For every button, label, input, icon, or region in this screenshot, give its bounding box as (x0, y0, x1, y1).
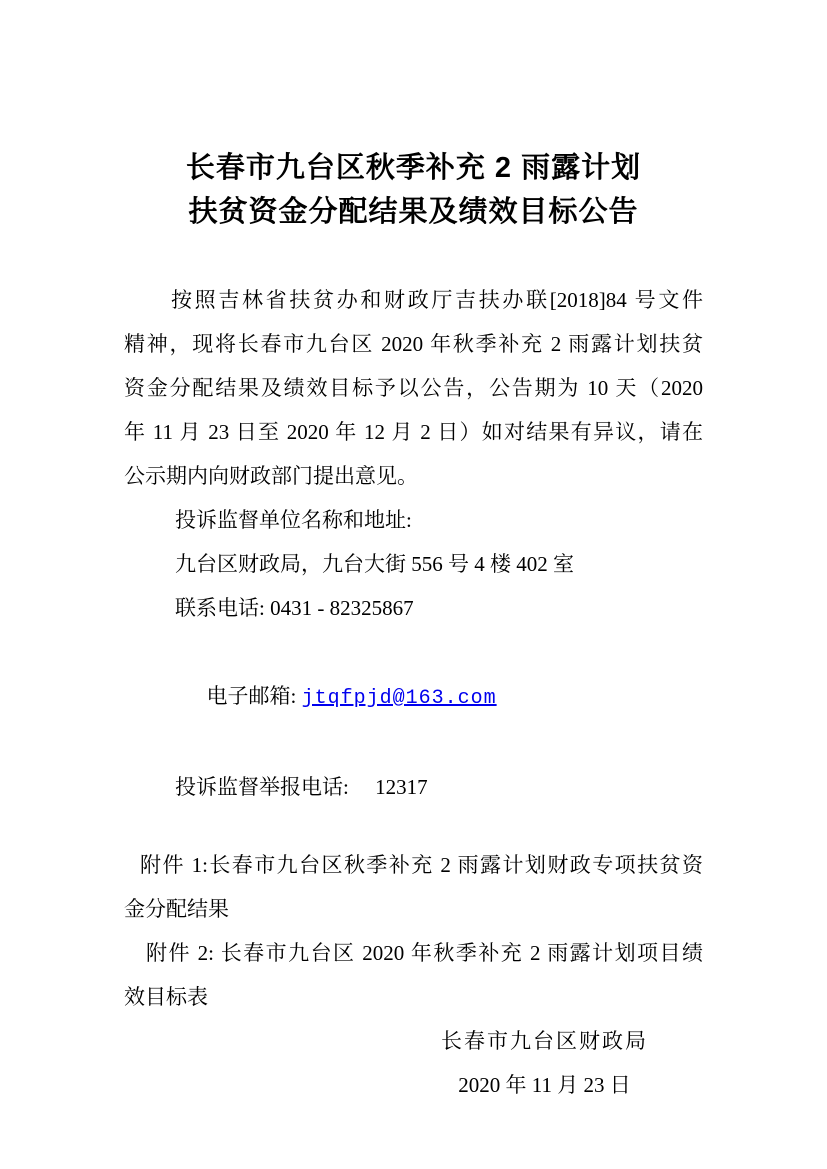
intro-line-3: 资金分配结果及绩效目标予以公告，公告期为 10 天（2020 (124, 366, 703, 410)
address-line: 九台区财政局，九台大街 556 号 4 楼 402 室 (124, 542, 703, 586)
email-line: 电子邮箱: jtqfpjd@163.com (124, 630, 703, 765)
attachment-2-line-1: 附件 2: 长春市九台区 2020 年秋季补充 2 雨露计划项目绩 (124, 931, 703, 975)
intro-line-2: 精神，现将长春市九台区 2020 年秋季补充 2 雨露计划扶贫 (124, 322, 703, 366)
signature-block: 长春市九台区财政局 2020 年 11 月 23 日 (386, 1019, 703, 1107)
attachment-2-line-2: 效目标表 (124, 975, 703, 1019)
title-line-1: 长春市九台区秋季补充 2 雨露计划 (124, 146, 703, 190)
attachments-block: 附件 1:长春市九台区秋季补充 2 雨露计划财政专项扶贫资 金分配结果 附件 2… (124, 843, 703, 1019)
contact-block: 投诉监督单位名称和地址: 九台区财政局，九台大街 556 号 4 楼 402 室… (124, 498, 703, 809)
title-line-2: 扶贫资金分配结果及绩效目标公告 (124, 190, 703, 234)
phone-line: 联系电话: 0431 - 82325867 (124, 586, 703, 630)
issuer-org: 长春市九台区财政局 (386, 1019, 703, 1063)
document-page: 长春市九台区秋季补充 2 雨露计划 扶贫资金分配结果及绩效目标公告 按照吉林省扶… (0, 0, 827, 1169)
issue-date: 2020 年 11 月 23 日 (386, 1063, 703, 1107)
report-phone-line: 投诉监督举报电话: 12317 (124, 765, 703, 809)
email-link[interactable]: jtqfpjd@163.com (302, 687, 497, 710)
intro-line-5: 公示期内向财政部门提出意见。 (124, 454, 703, 498)
complaint-unit-heading: 投诉监督单位名称和地址: (124, 498, 703, 542)
attachment-1-line-1: 附件 1:长春市九台区秋季补充 2 雨露计划财政专项扶贫资 (124, 843, 703, 887)
intro-paragraph: 按照吉林省扶贫办和财政厅吉扶办联[2018]84 号文件 精神，现将长春市九台区… (124, 278, 703, 498)
intro-line-4: 年 11 月 23 日至 2020 年 12 月 2 日）如对结果有异议，请在 (124, 410, 703, 454)
intro-line-1: 按照吉林省扶贫办和财政厅吉扶办联[2018]84 号文件 (124, 278, 703, 322)
email-label: 电子邮箱: (207, 684, 302, 708)
document-title: 长春市九台区秋季补充 2 雨露计划 扶贫资金分配结果及绩效目标公告 (124, 146, 703, 234)
attachment-1-line-2: 金分配结果 (124, 887, 703, 931)
